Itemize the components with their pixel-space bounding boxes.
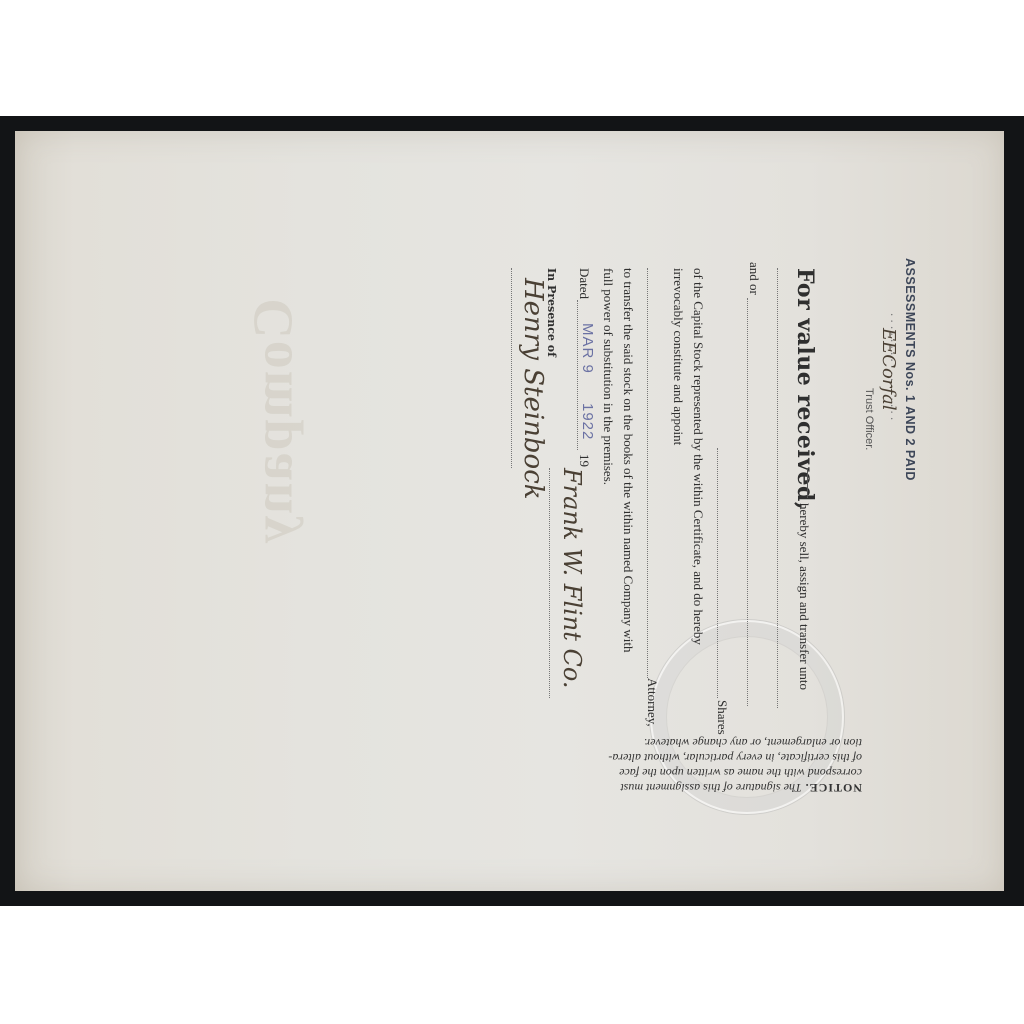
dated-label: Dated — [576, 268, 592, 299]
hereby-sell-line: hereby sell, assign and transfer unto — [796, 503, 812, 690]
notice-line-4: tion or enlargement, or any change whate… — [608, 735, 862, 750]
assessments-paid-stamp: ASSESSMENTS Nos. 1 AND 2 PAID — [903, 258, 917, 481]
transfer-line: to transfer the said stock on the books … — [620, 268, 636, 653]
heading-dash — [807, 468, 808, 498]
attorney-label: Attorney, — [644, 678, 660, 727]
trust-officer-signature: EECorfal — [878, 328, 899, 411]
witness-signature-line[interactable] — [511, 268, 518, 468]
notice-line-1: NOTICE. The signature of this assignment… — [608, 780, 862, 795]
assignee-line-1[interactable] — [777, 268, 788, 708]
notice-text-1: The signature of this assignment must — [620, 781, 801, 795]
bleed-through-text: Company — [242, 298, 306, 545]
date-stamp: MAR 9 — [579, 323, 596, 374]
notice-line-2: correspond with the name as written upon… — [608, 765, 862, 780]
for-value-received-heading: For value received, — [792, 268, 818, 510]
witness-signature: Henry Steinbock — [518, 278, 548, 500]
owner-signature-line[interactable] — [549, 468, 556, 698]
full-power-line: full power of substitution in the premis… — [600, 268, 616, 485]
attorney-name-line[interactable] — [647, 268, 658, 678]
and-or-label: and or — [746, 262, 762, 295]
shares-label: Shares — [714, 700, 730, 735]
trust-officer-label: Trust Officer. — [863, 388, 875, 450]
assignee-line-2[interactable] — [747, 298, 758, 706]
year-prefix: 19 — [576, 454, 592, 467]
notice-line-3: of this certificate, in every particular… — [608, 750, 862, 765]
year-stamp: 1922 — [579, 403, 596, 440]
shares-count-line[interactable] — [717, 448, 728, 698]
owner-signature: Frank W. Flint Co. — [558, 468, 586, 689]
notice-block: NOTICE. The signature of this assignment… — [608, 735, 862, 795]
capital-stock-line: of the Capital Stock represented by the … — [690, 268, 706, 645]
irrevocably-line: irrevocably constitute and appoint — [670, 268, 686, 445]
